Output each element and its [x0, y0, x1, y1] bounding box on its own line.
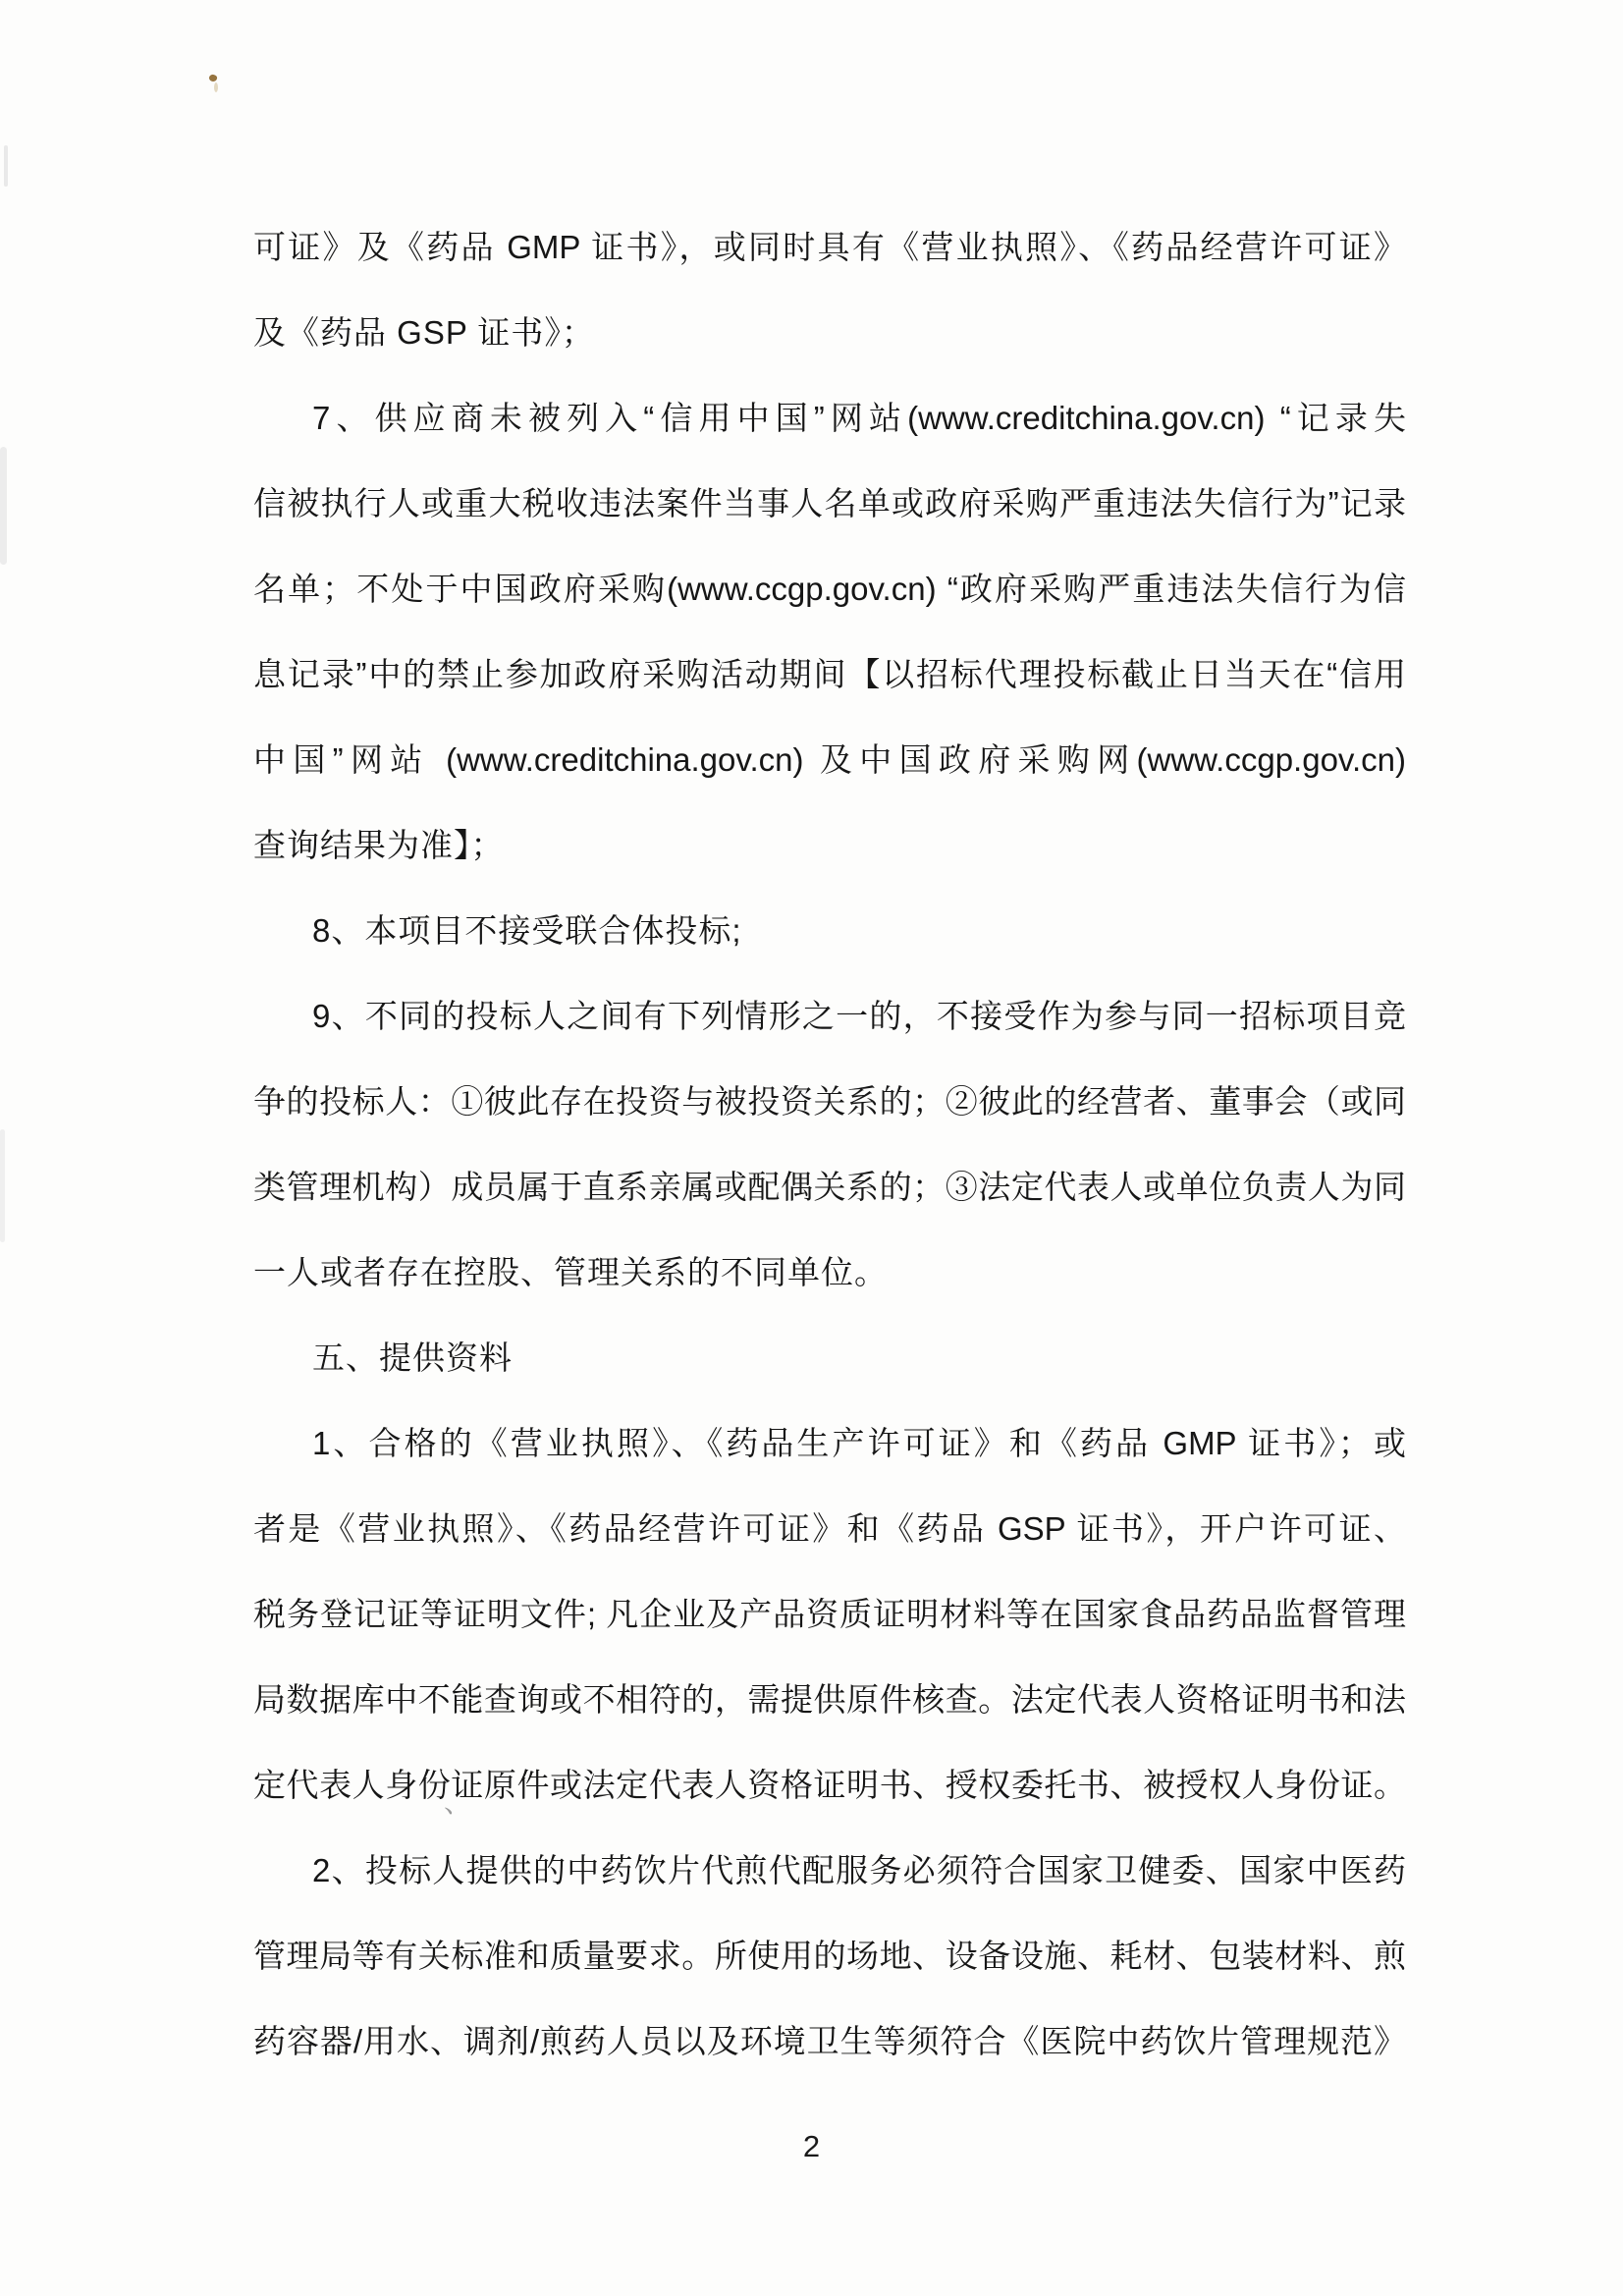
scan-edge-smudge [0, 447, 7, 565]
doc-line-13: 一人或者存在控股、管理关系的不同单位。 [253, 1230, 1406, 1315]
doc-line-21: 管理局等有关标准和质量要求。所使用的场地、设备设施、耗材、包装材料、煎 [253, 1913, 1406, 1998]
doc-line-17: 税务登记证等证明文件; 凡企业及产品资质证明材料等在国家食品药品监督管理 [253, 1571, 1406, 1657]
document-page: 、 可证》及《药品 GMP 证书》，或同时具有《营业执照》、《药品经营许可证》及… [0, 0, 1623, 2296]
doc-line-15: 1、合格的《营业执照》、《药品生产许可证》和《药品 GMP 证书》；或 [253, 1400, 1406, 1486]
scan-edge-smudge [4, 145, 8, 187]
doc-line-22: 药容器/用水、调剂/煎药人员以及环境卫生等须符合《医院中药饮片管理规范》 [253, 1998, 1406, 2084]
document-body: 可证》及《药品 GMP 证书》，或同时具有《营业执照》、《药品经营许可证》及《药… [253, 204, 1406, 2084]
doc-line-18: 局数据库中不能查询或不相符的，需提供原件核查。法定代表人资格证明书和法 [253, 1657, 1406, 1742]
doc-line-12: 类管理机构）成员属于直系亲属或配偶关系的；③法定代表人或单位负责人为同 [253, 1144, 1406, 1230]
scan-speck-artifact [208, 74, 218, 82]
scan-edge-smudge [0, 1129, 5, 1242]
doc-line-16: 者是《营业执照》、《药品经营许可证》和《药品 GSP 证书》，开户许可证、 [253, 1486, 1406, 1571]
doc-line-4: 信被执行人或重大税收违法案件当事人名单或政府采购严重违法失信行为”记录 [253, 461, 1406, 546]
doc-line-5: 名单；不处于中国政府采购(www.ccgp.gov.cn) “政府采购严重违法失… [253, 546, 1406, 631]
scan-speck-tail-artifact [214, 82, 218, 92]
doc-line-7: 中国”网站 (www.creditchina.gov.cn) 及中国政府采购网(… [253, 717, 1406, 802]
doc-line-9: 8、本项目不接受联合体投标; [253, 888, 1406, 973]
doc-line-2: 及《药品 GSP 证书》； [253, 290, 1406, 375]
doc-line-3: 7、供应商未被列入“信用中国”网站(www.creditchina.gov.cn… [253, 375, 1406, 461]
doc-line-8: 查询结果为准】； [253, 802, 1406, 888]
doc-line-20: 2、投标人提供的中药饮片代煎代配服务必须符合国家卫健委、国家中医药 [253, 1828, 1406, 1913]
page-number: 2 [0, 2129, 1623, 2164]
doc-line-14: 五、提供资料 [253, 1315, 1406, 1400]
doc-line-19: 定代表人身份证原件或法定代表人资格证明书、授权委托书、被授权人身份证。 [253, 1742, 1406, 1828]
doc-line-6: 息记录”中的禁止参加政府采购活动期间【以招标代理投标截止日当天在“信用 [253, 631, 1406, 717]
doc-line-10: 9、不同的投标人之间有下列情形之一的，不接受作为参与同一招标项目竞 [253, 973, 1406, 1059]
doc-line-1: 可证》及《药品 GMP 证书》，或同时具有《营业执照》、《药品经营许可证》 [253, 204, 1406, 290]
doc-line-11: 争的投标人：①彼此存在投资与被投资关系的；②彼此的经营者、董事会（或同 [253, 1059, 1406, 1144]
